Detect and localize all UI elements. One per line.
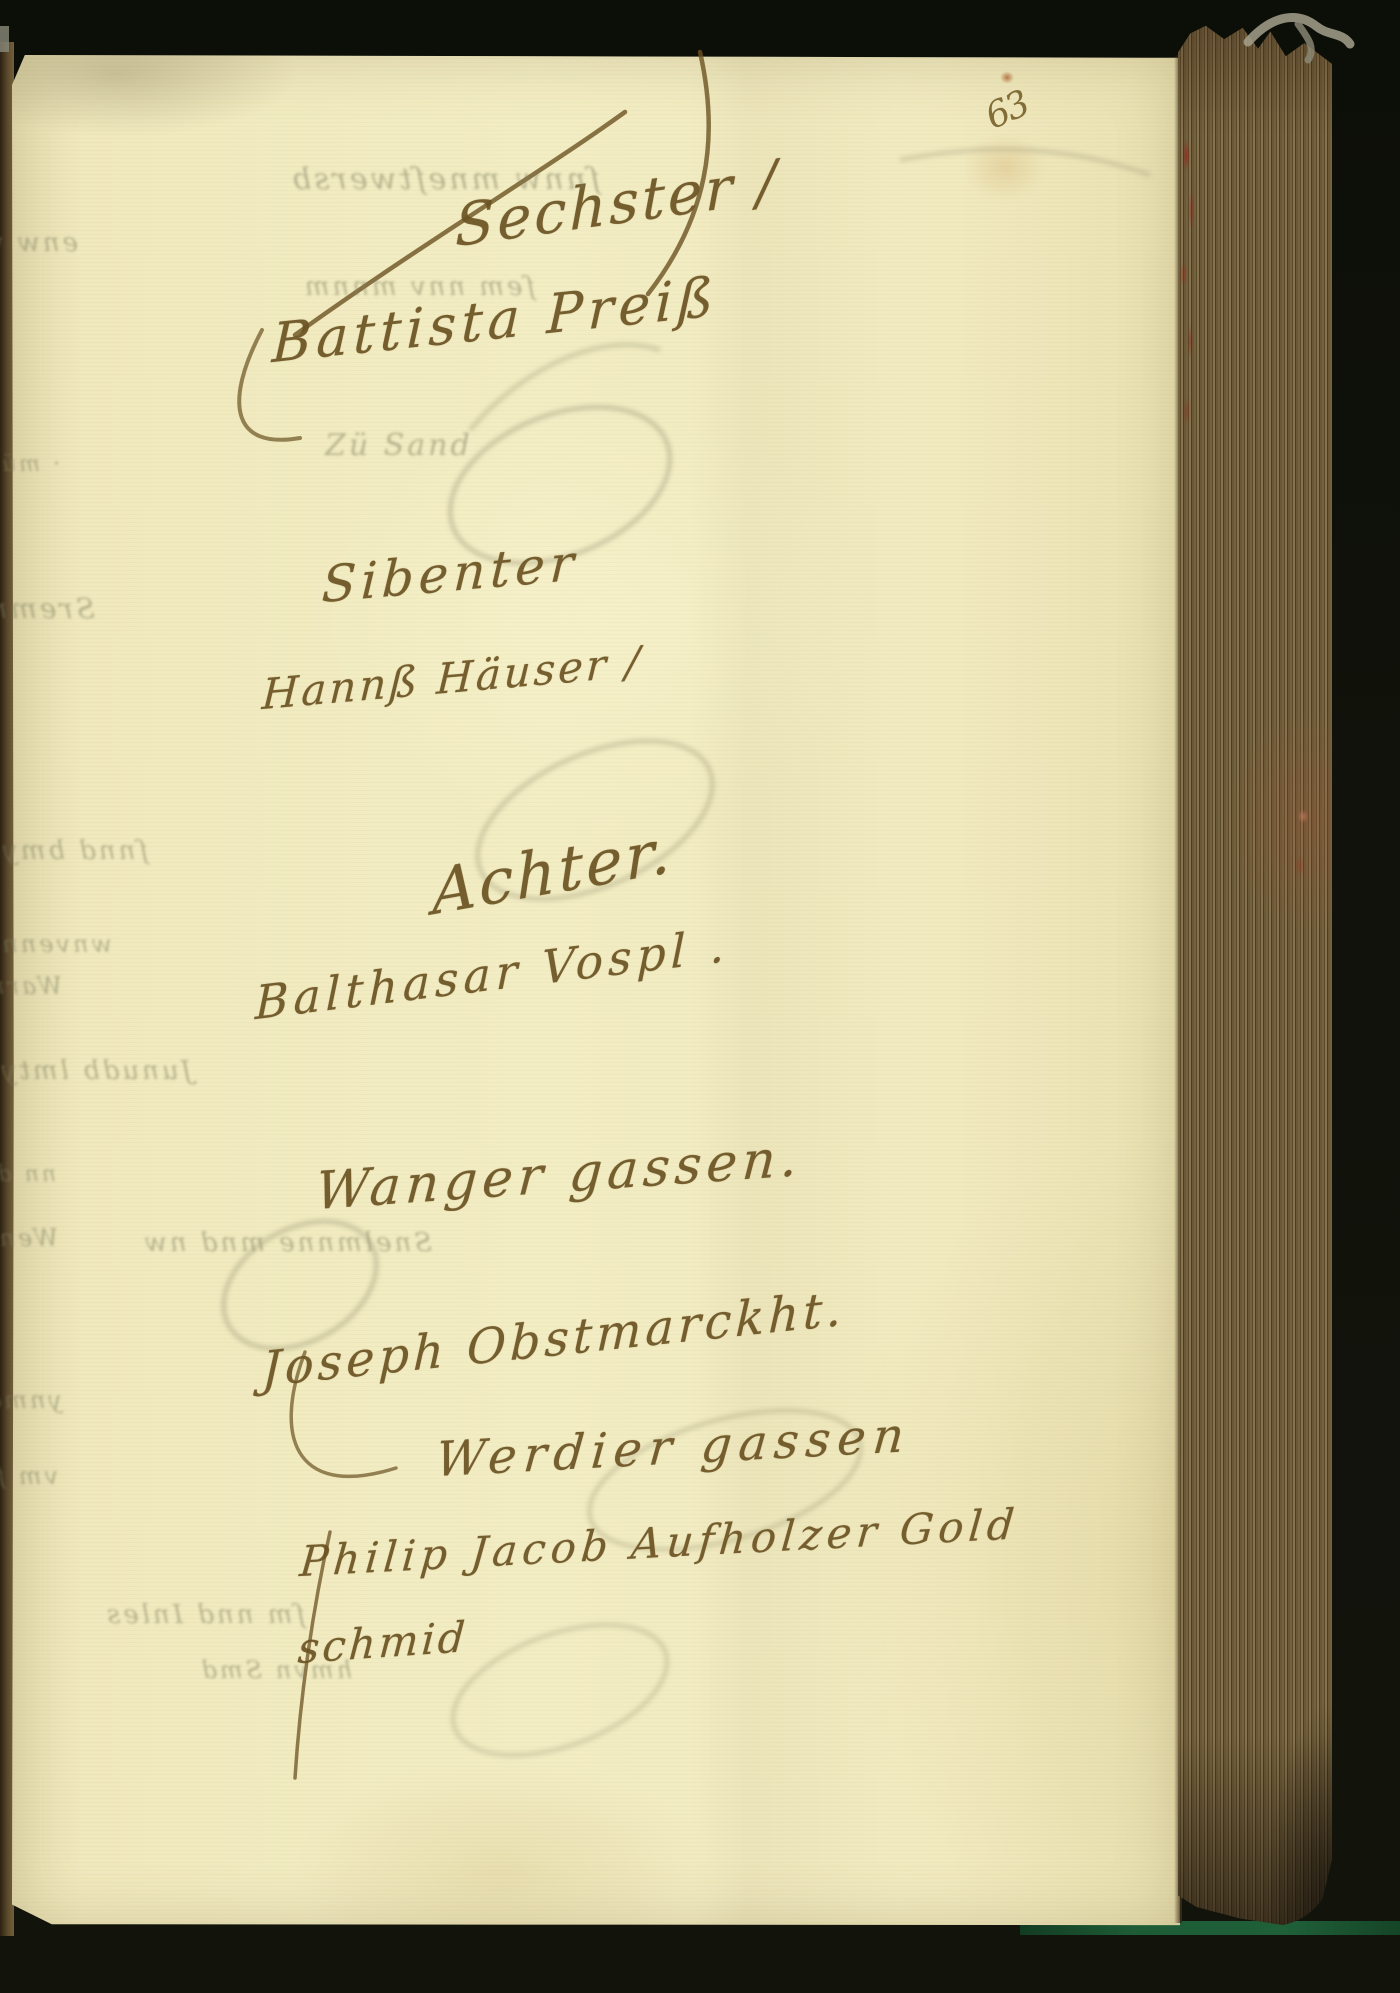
red-edge-stains [1176,130,1202,450]
ghost-line: Snelmnne mnd nw [142,1228,432,1258]
ghost-line: ſem nnv mnnm [302,272,535,302]
ghost-line: Warne nvamd [0,972,62,1000]
ghost-line: ſm nnd Inles [104,1600,305,1630]
bookmark-ribbon [1238,4,1358,64]
ghost-line: vm ſnnvnmg [0,1462,58,1490]
ghost-line: Sremns hinnng ∙ nnv [0,592,95,625]
ghost-line: ſnnw mneſtwersb [170,162,600,197]
ghost-line: hmvn Smd [199,1656,352,1684]
ghost-line: Junudb lmtynm [0,1056,192,1086]
ghost-line: Wenn nvamd nnw [0,1224,58,1252]
ghost-line: · mürk ſnw lnnd [0,452,60,477]
ghost-line: nn dme [0,1162,56,1187]
ghost-line: wnvenne ſnw [0,930,112,958]
photograph-of-manuscript: 63 Sechster / Battista Preiß Sibenter Ha… [0,0,1400,1993]
ghost-line: enw vm nnd [0,228,78,258]
binding-corner-notch [0,26,9,52]
ghost-line: ſnnd bmyen nnd [0,836,148,866]
ghost-line: ynmd zm nnv [0,1386,62,1414]
red-edge-stain-spot [1288,800,1318,910]
ghost-line: Zü Sand [325,428,473,463]
